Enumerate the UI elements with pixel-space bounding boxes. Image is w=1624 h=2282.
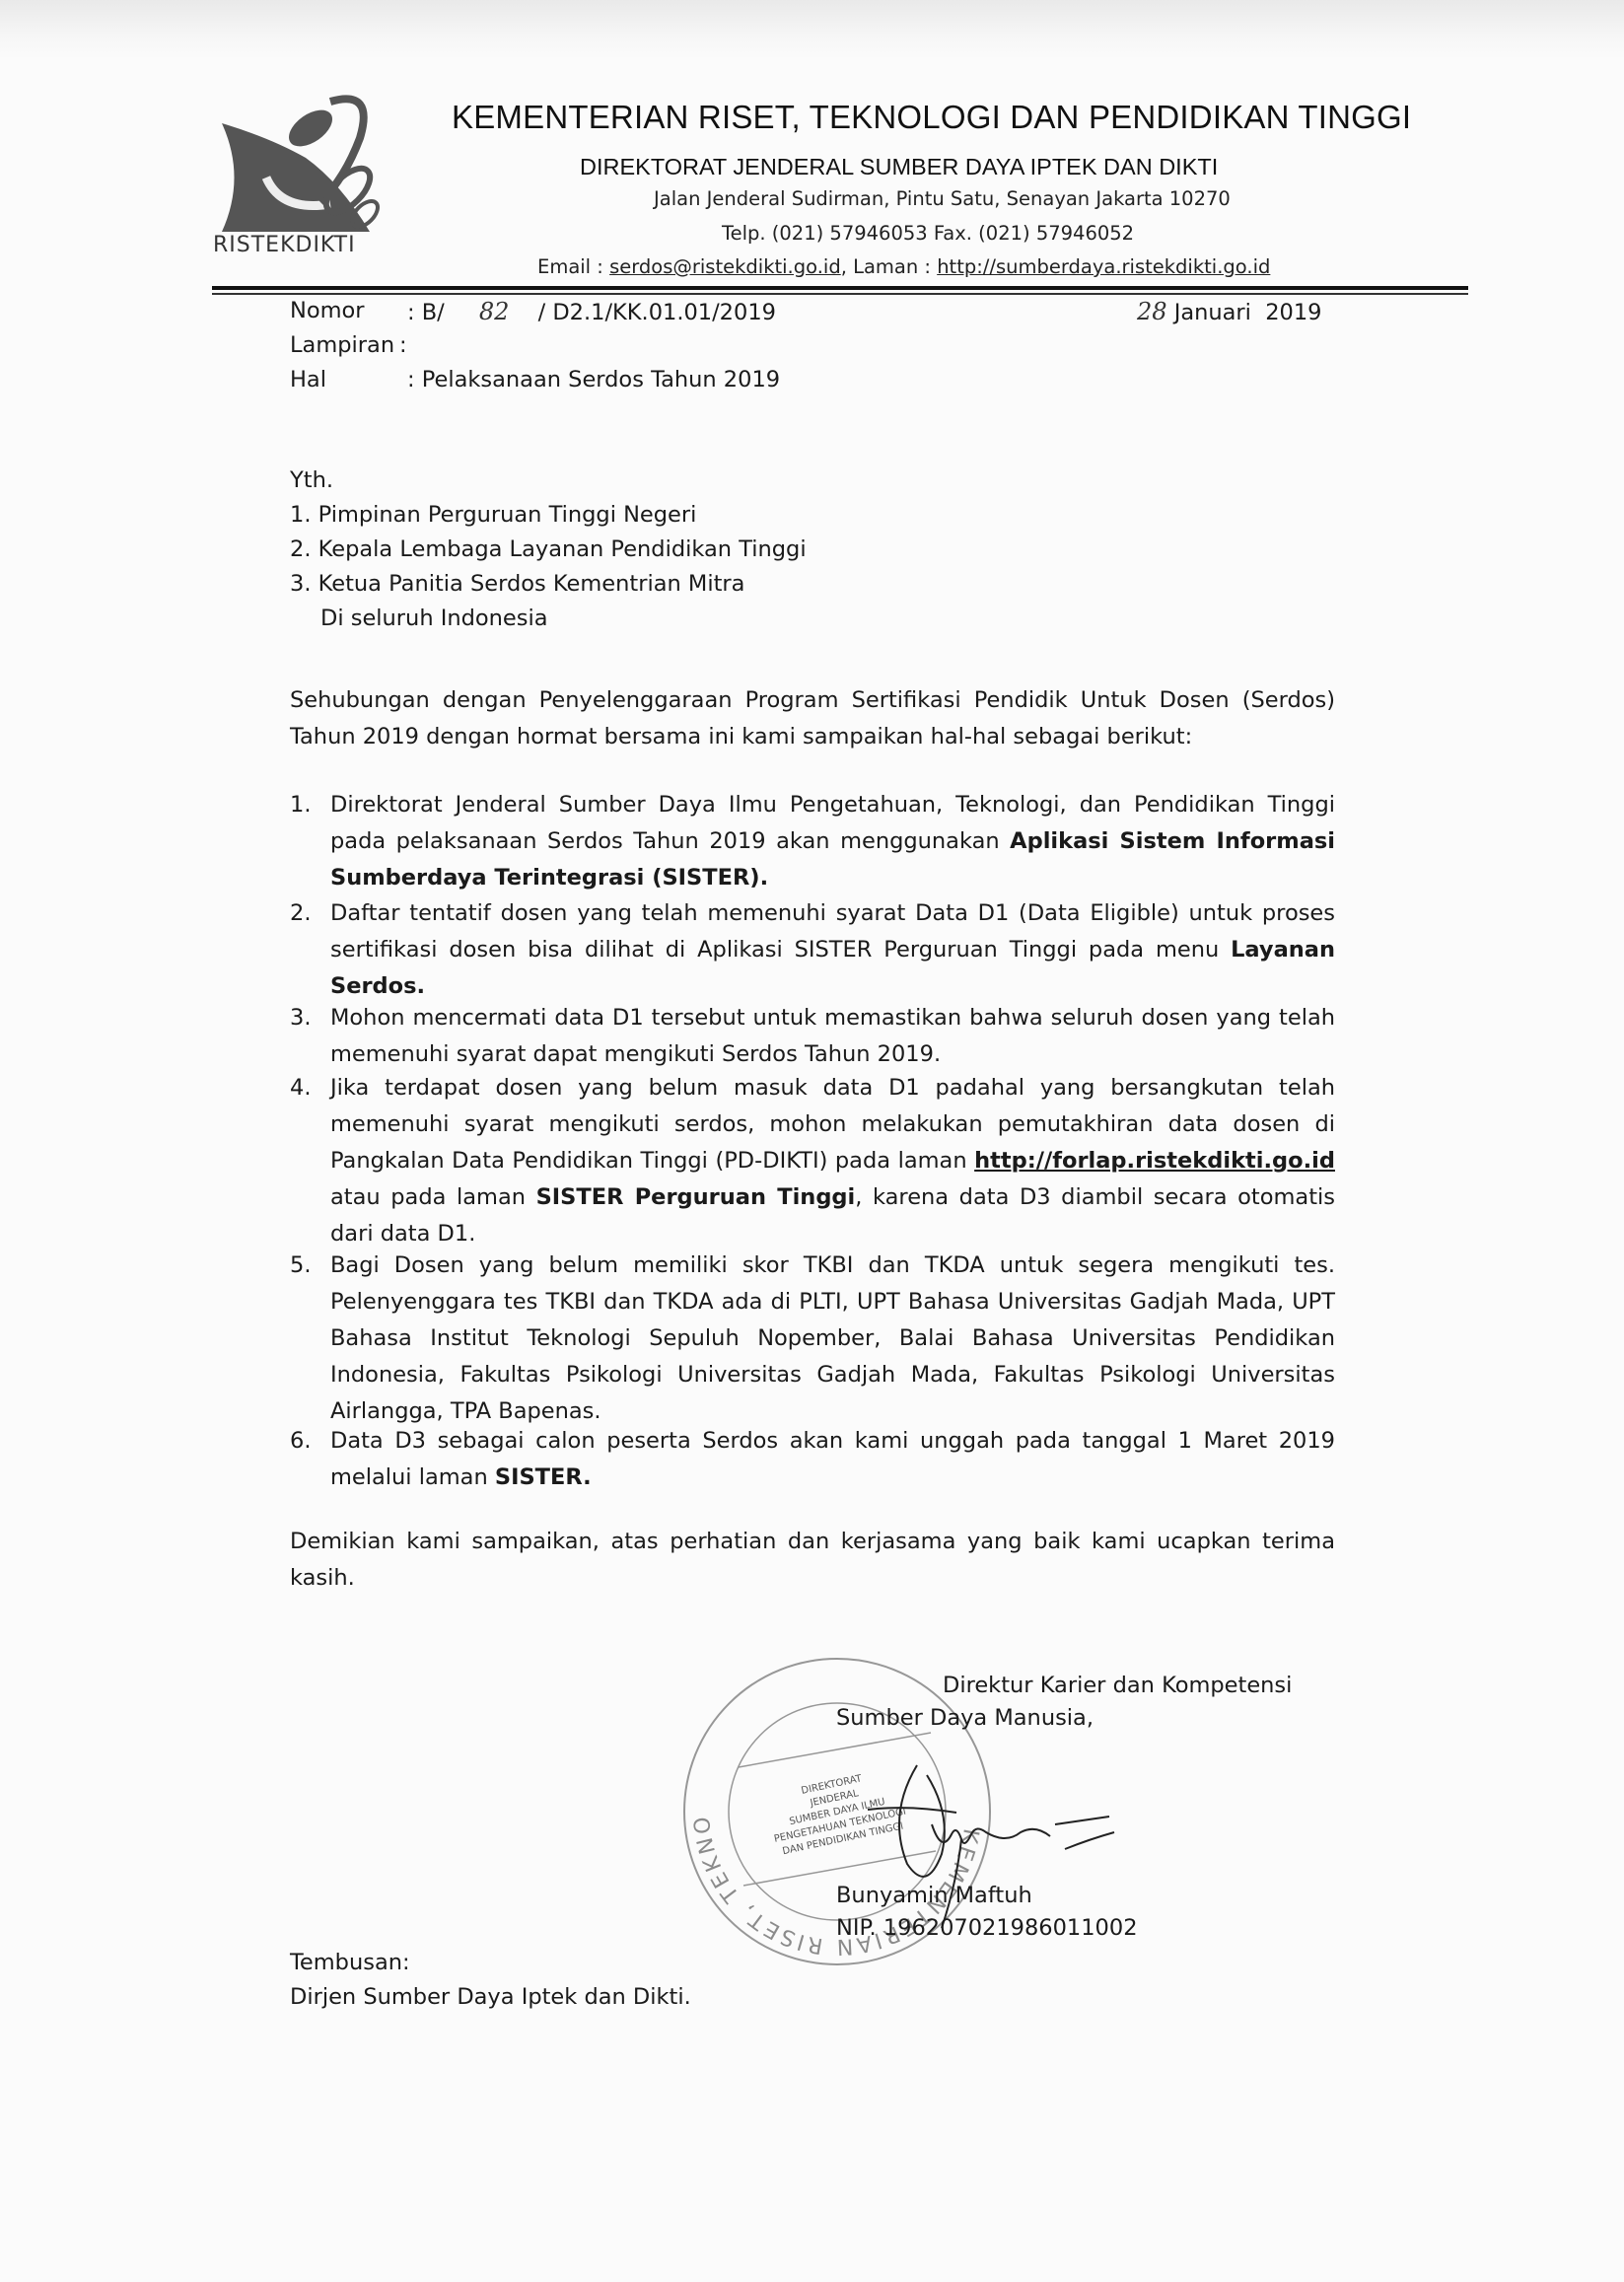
signatory-title-line1: Direktur Karier dan Kompetensi [943, 1673, 1292, 1698]
recipient-item: 3. Ketua Panitia Serdos Kementrian Mitra [290, 571, 744, 597]
recipient-item: 1. Pimpinan Perguruan Tinggi Negeri [290, 502, 696, 528]
date-rest: Januari 2019 [1174, 300, 1322, 325]
signatory-name: Bunyamin Maftuh [836, 1883, 1032, 1908]
nomor-suffix: / D2.1/KK.01.01/2019 [538, 300, 776, 325]
email-label: Email : [537, 255, 609, 278]
letterhead-rule-thick [212, 286, 1468, 290]
ministry-title: KEMENTERIAN RISET, TEKNOLOGI DAN PENDIDI… [452, 99, 1411, 136]
point-number: 1. [290, 787, 311, 823]
point-text-span: Data D3 sebagai calon peserta Serdos aka… [330, 1428, 1335, 1490]
point-text: Mohon mencermati data D1 tersebut untuk … [330, 1000, 1335, 1073]
contact-line: Email : serdos@ristekdikti.go.id, Laman … [537, 255, 1270, 278]
point-text: Daftar tentatif dosen yang telah memenuh… [330, 895, 1335, 1005]
closing-paragraph: Demikian kami sampaikan, atas perhatian … [290, 1524, 1335, 1597]
logo-label: RISTEKDIKTI [213, 233, 356, 257]
point-bold-text: SISTER. [495, 1464, 592, 1490]
point-number: 2. [290, 895, 311, 932]
nomor-prefix: : B/ [407, 300, 445, 325]
point-text-span: Mohon mencermati data D1 tersebut untuk … [330, 1005, 1335, 1067]
point-number: 3. [290, 1000, 311, 1036]
point-text: Bagi Dosen yang belum memiliki skor TKBI… [330, 1248, 1335, 1430]
point-number: 5. [290, 1248, 311, 1284]
point-number: 6. [290, 1423, 311, 1460]
hal-value: : Pelaksanaan Serdos Tahun 2019 [407, 367, 780, 392]
salutation: Yth. [290, 467, 333, 493]
hal-label: Hal [290, 367, 326, 392]
point-number: 4. [290, 1070, 311, 1106]
date-handwritten-day: 28 [1137, 298, 1167, 325]
point-item: 2.Daftar tentatif dosen yang telah memen… [290, 895, 1335, 1005]
point-item: 1.Direktorat Jenderal Sumber Daya Ilmu P… [290, 787, 1335, 896]
point-item: 4.Jika terdapat dosen yang belum masuk d… [290, 1070, 1335, 1252]
point-item: 5.Bagi Dosen yang belum memiliki skor TK… [290, 1248, 1335, 1430]
forlap-link[interactable]: http://forlap.ristekdikti.go.id [974, 1148, 1335, 1174]
point-text-span: atau pada laman [330, 1184, 536, 1210]
point-text: Direktorat Jenderal Sumber Daya Ilmu Pen… [330, 787, 1335, 896]
point-bold-text: SISTER Perguruan Tinggi [536, 1184, 856, 1210]
point-item: 6.Data D3 sebagai calon peserta Serdos a… [290, 1423, 1335, 1496]
letterhead-rule-thin [212, 293, 1468, 295]
signatory-title-line2: Sumber Daya Manusia, [836, 1705, 1094, 1731]
recipient-location: Di seluruh Indonesia [320, 606, 548, 631]
email-link[interactable]: serdos@ristekdikti.go.id [609, 255, 841, 278]
lampiran-value: : [399, 332, 407, 358]
letter-date: 28 Januari 2019 [1137, 298, 1322, 325]
point-text-span: Daftar tentatif dosen yang telah memenuh… [330, 900, 1335, 963]
nomor-label: Nomor [290, 298, 365, 323]
lampiran-label: Lampiran [290, 332, 394, 358]
address: Jalan Jenderal Sudirman, Pintu Satu, Sen… [654, 187, 1231, 210]
letter-page: RISTEKDIKTI KEMENTERIAN RISET, TEKNOLOGI… [0, 0, 1624, 2282]
intro-paragraph: Sehubungan dengan Penyelenggaraan Progra… [290, 682, 1335, 755]
phone-fax: Telp. (021) 57946053 Fax. (021) 57946052 [722, 222, 1134, 245]
nomor-handwritten: 82 [479, 298, 510, 325]
signatory-nip: NIP. 196207021986011002 [836, 1915, 1138, 1941]
point-item: 3.Mohon mencermati data D1 tersebut untu… [290, 1000, 1335, 1073]
directorate-title: DIREKTORAT JENDERAL SUMBER DAYA IPTEK DA… [580, 154, 1218, 180]
nomor-value: : B/ 82 / D2.1/KK.01.01/2019 [407, 298, 776, 325]
website-link[interactable]: http://sumberdaya.ristekdikti.go.id [937, 255, 1270, 278]
point-text: Jika terdapat dosen yang belum masuk dat… [330, 1070, 1335, 1252]
cc-item: Dirjen Sumber Daya Iptek dan Dikti. [290, 1984, 691, 2010]
point-text-span: Bagi Dosen yang belum memiliki skor TKBI… [330, 1252, 1335, 1424]
cc-label: Tembusan: [290, 1950, 410, 1975]
recipient-item: 2. Kepala Lembaga Layanan Pendidikan Tin… [290, 536, 807, 562]
website-label: , Laman : [841, 255, 937, 278]
point-text: Data D3 sebagai calon peserta Serdos aka… [330, 1423, 1335, 1496]
